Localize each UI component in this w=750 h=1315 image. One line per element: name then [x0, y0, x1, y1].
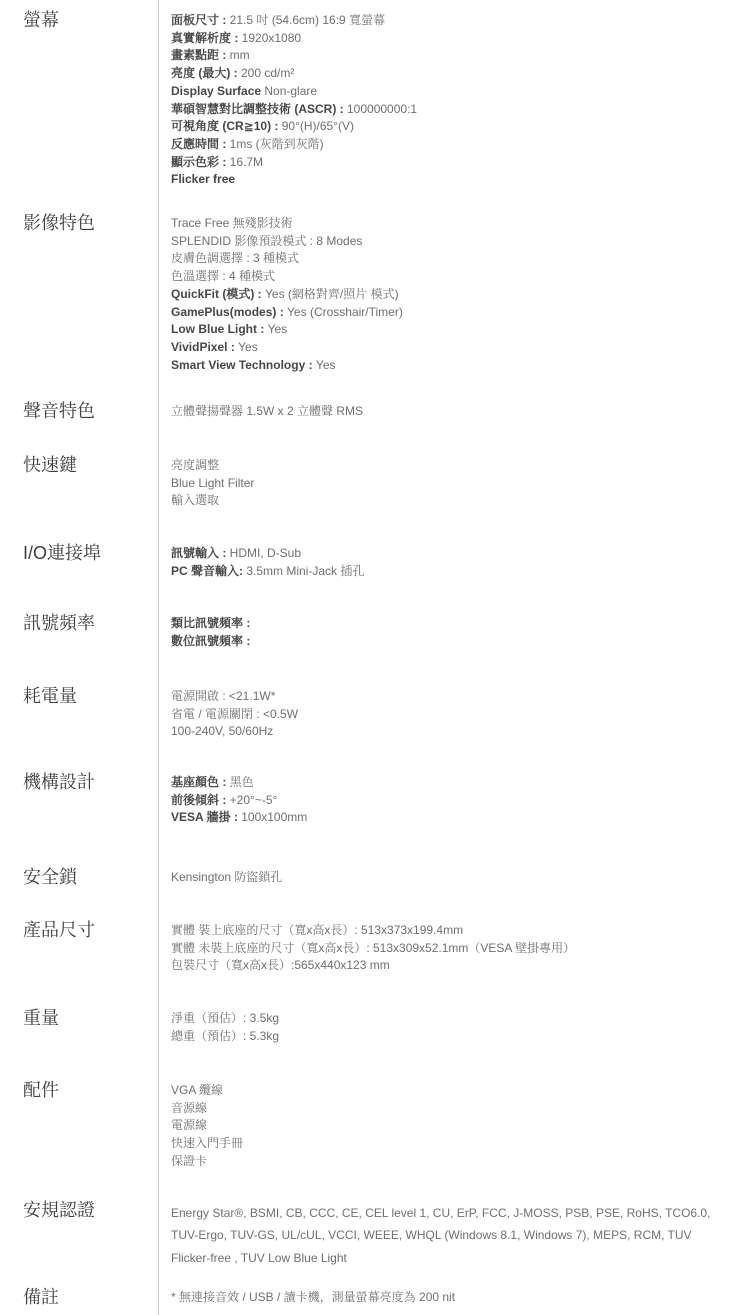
spec-row: 聲音特色立體聲揚聲器 1.5W x 2 立體聲 RMS	[0, 401, 750, 455]
spec-line-value: 100x100mm	[241, 810, 307, 824]
spec-line-label: Flicker free	[171, 172, 235, 186]
spec-section-content: 面板尺寸 : 21.5 吋 (54.6cm) 16:9 寬螢幕真實解析度 : 1…	[158, 10, 724, 189]
spec-line: 電源開啟 : <21.1W*	[171, 688, 724, 706]
spec-section-label: I/O連接埠	[0, 543, 158, 564]
spec-line-value: 立體聲揚聲器 1.5W x 2 立體聲 RMS	[171, 404, 363, 418]
spec-line: Smart View Technology : Yes	[171, 357, 724, 375]
spec-line: QuickFit (模式) : Yes (網格對齊/照片 模式)	[171, 286, 724, 304]
spec-section-content: 基座顏色 : 黑色前後傾斜 : +20°~-5°VESA 牆掛 : 100x10…	[158, 772, 724, 827]
spec-row: 螢幕面板尺寸 : 21.5 吋 (54.6cm) 16:9 寬螢幕真實解析度 :…	[0, 10, 750, 213]
spec-line-value: 電源線	[171, 1118, 207, 1132]
spec-line-value: 輸入選取	[171, 493, 219, 507]
spec-line: 類比訊號頻率 :	[171, 615, 724, 633]
spec-line-value: 3.5mm Mini-Jack 插孔	[246, 564, 364, 578]
spec-line: 保證卡	[171, 1153, 724, 1171]
spec-line-value: 淨重（預估）: 3.5kg	[171, 1011, 279, 1025]
spec-section-label: 聲音特色	[0, 401, 158, 422]
spec-line: Flicker free	[171, 171, 724, 189]
spec-line-value: 16.7M	[230, 155, 263, 169]
spec-line: 真實解析度 : 1920x1080	[171, 30, 724, 48]
spec-row: 影像特色Trace Free 無殘影技術SPLENDID 影像預設模式 : 8 …	[0, 213, 750, 401]
spec-line: Energy Star®, BSMI, CB, CCC, CE, CEL lev…	[171, 1202, 718, 1269]
spec-line-label: 亮度 (最大) :	[171, 66, 241, 80]
spec-line-value: 黑色	[230, 775, 254, 789]
spec-line-value: 1ms (灰階到灰階)	[230, 137, 324, 151]
spec-section-content: 電源開啟 : <21.1W*省電 / 電源關閉 : <0.5W100-240V,…	[158, 686, 724, 741]
spec-line-label: 面板尺寸 :	[171, 13, 230, 27]
spec-line-value: Yes (網格對齊/照片 模式)	[265, 287, 399, 301]
spec-row: 產品尺寸實體 裝上底座的尺寸（寬x高x長）: 513x373x199.4mm實體…	[0, 920, 750, 1008]
spec-line: 可視角度 (CR≧10) : 90°(H)/65°(V)	[171, 118, 724, 136]
spec-row: 安規認證Energy Star®, BSMI, CB, CCC, CE, CEL…	[0, 1200, 750, 1287]
spec-section-content: VGA 纜線音源線電源線快速入門手冊保證卡	[158, 1080, 724, 1171]
spec-line: Low Blue Light : Yes	[171, 321, 724, 339]
spec-line: 數位訊號頻率 :	[171, 633, 724, 651]
spec-row: 配件VGA 纜線音源線電源線快速入門手冊保證卡	[0, 1080, 750, 1200]
spec-section-content: Trace Free 無殘影技術SPLENDID 影像預設模式 : 8 Mode…	[158, 213, 724, 374]
spec-line-value: 省電 / 電源關閉 : <0.5W	[171, 707, 298, 721]
spec-line-value: 包裝尺寸（寬x高x長）:565x440x123 mm	[171, 958, 390, 972]
spec-line-value: 實體 裝上底座的尺寸（寬x高x長）: 513x373x199.4mm	[171, 923, 463, 937]
spec-line-value: Yes	[268, 322, 288, 336]
spec-line-value: 色溫選擇 : 4 種模式	[171, 269, 275, 283]
spec-section-label: 影像特色	[0, 213, 158, 234]
spec-line-label: PC 聲音輸入:	[171, 564, 246, 578]
spec-line: 輸入選取	[171, 492, 724, 510]
spec-row: 備註* 無連接音效 / USB / 讀卡機，測量螢幕亮度為 200 nit	[0, 1287, 750, 1315]
spec-line-value: mm	[230, 48, 250, 62]
spec-line-label: 基座顏色 :	[171, 775, 230, 789]
spec-line: VividPixel : Yes	[171, 339, 724, 357]
spec-line: VESA 牆掛 : 100x100mm	[171, 809, 724, 827]
spec-section-label: 螢幕	[0, 10, 158, 31]
spec-section-content: Kensington 防盜鎖孔	[158, 867, 724, 887]
spec-line-value: Yes	[316, 358, 336, 372]
spec-line: 省電 / 電源關閉 : <0.5W	[171, 706, 724, 724]
spec-line-label: 類比訊號頻率 :	[171, 616, 250, 630]
spec-line-value: Non-glare	[264, 84, 317, 98]
spec-line: 前後傾斜 : +20°~-5°	[171, 792, 724, 810]
spec-row: 快速鍵亮度調整Blue Light Filter輸入選取	[0, 455, 750, 543]
spec-line-value: SPLENDID 影像預設模式 : 8 Modes	[171, 234, 362, 248]
spec-line-label: 真實解析度 :	[171, 31, 242, 45]
spec-section-label: 配件	[0, 1080, 158, 1101]
spec-page: 螢幕面板尺寸 : 21.5 吋 (54.6cm) 16:9 寬螢幕真實解析度 :…	[0, 0, 750, 1315]
spec-line-value: 1920x1080	[242, 31, 301, 45]
spec-line: 基座顏色 : 黑色	[171, 774, 724, 792]
spec-line: Blue Light Filter	[171, 475, 724, 493]
spec-line: 華碩智慧對比調整技術 (ASCR) : 100000000:1	[171, 101, 724, 119]
spec-line: 亮度調整	[171, 457, 724, 475]
spec-section-content: 亮度調整Blue Light Filter輸入選取	[158, 455, 724, 510]
spec-line-label: 顯示色彩 :	[171, 155, 230, 169]
spec-line-value: 電源開啟 : <21.1W*	[171, 689, 275, 703]
spec-line: 反應時間 : 1ms (灰階到灰階)	[171, 136, 724, 154]
spec-line: 立體聲揚聲器 1.5W x 2 立體聲 RMS	[171, 403, 724, 421]
spec-line-value: 總重（預估）: 5.3kg	[171, 1029, 279, 1043]
spec-line: 皮膚色調選擇 : 3 種模式	[171, 250, 724, 268]
spec-line-value: Trace Free 無殘影技術	[171, 216, 293, 230]
spec-line: 快速入門手冊	[171, 1135, 724, 1153]
spec-section-label: 訊號頻率	[0, 613, 158, 634]
spec-line: Trace Free 無殘影技術	[171, 215, 724, 233]
spec-section-content: 淨重（預估）: 3.5kg總重（預估）: 5.3kg	[158, 1008, 724, 1045]
spec-line-value: VGA 纜線	[171, 1083, 223, 1097]
spec-row: 耗電量電源開啟 : <21.1W*省電 / 電源關閉 : <0.5W100-24…	[0, 686, 750, 772]
spec-table: 螢幕面板尺寸 : 21.5 吋 (54.6cm) 16:9 寬螢幕真實解析度 :…	[0, 10, 750, 1315]
spec-line-label: VESA 牆掛 :	[171, 810, 241, 824]
spec-line: * 無連接音效 / USB / 讀卡機，測量螢幕亮度為 200 nit	[171, 1289, 724, 1307]
spec-line-label: 訊號輸入 :	[171, 546, 230, 560]
spec-line-value: +20°~-5°	[230, 793, 278, 807]
spec-section-label: 耗電量	[0, 686, 158, 707]
spec-line-value: 21.5 吋 (54.6cm) 16:9 寬螢幕	[230, 13, 385, 27]
spec-line: 顯示色彩 : 16.7M	[171, 154, 724, 172]
spec-section-label: 重量	[0, 1008, 158, 1029]
spec-line-value: Yes (Crosshair/Timer)	[287, 305, 403, 319]
spec-line-value: Energy Star®, BSMI, CB, CCC, CE, CEL lev…	[171, 1206, 710, 1265]
spec-line-value: 100-240V, 50/60Hz	[171, 724, 273, 738]
spec-section-label: 產品尺寸	[0, 920, 158, 941]
spec-section-label: 安全鎖	[0, 867, 158, 888]
spec-line-value: 亮度調整	[171, 458, 219, 472]
spec-line: 電源線	[171, 1117, 724, 1135]
spec-line: Display Surface Non-glare	[171, 83, 724, 101]
spec-line-value: Yes	[238, 340, 258, 354]
spec-line-value: 音源線	[171, 1101, 207, 1115]
spec-line-label: 可視角度 (CR≧10) :	[171, 119, 282, 133]
spec-line: 100-240V, 50/60Hz	[171, 723, 724, 741]
spec-line: SPLENDID 影像預設模式 : 8 Modes	[171, 233, 724, 251]
spec-line: VGA 纜線	[171, 1082, 724, 1100]
spec-line-value: 100000000:1	[347, 102, 417, 116]
spec-section-label: 機構設計	[0, 772, 158, 793]
spec-line-label: Display Surface	[171, 84, 264, 98]
spec-line-label: Smart View Technology :	[171, 358, 316, 372]
spec-line-value: Blue Light Filter	[171, 476, 254, 490]
spec-line-value: 皮膚色調選擇 : 3 種模式	[171, 251, 299, 265]
spec-line: 實體 裝上底座的尺寸（寬x高x長）: 513x373x199.4mm	[171, 922, 724, 940]
spec-line: 實體 未裝上底座的尺寸（寬x高x長）: 513x309x52.1mm（VESA …	[171, 940, 724, 958]
spec-line: 音源線	[171, 1100, 724, 1118]
spec-line-label: 前後傾斜 :	[171, 793, 230, 807]
spec-row: I/O連接埠訊號輸入 : HDMI, D-SubPC 聲音輸入: 3.5mm M…	[0, 543, 750, 613]
spec-line: 面板尺寸 : 21.5 吋 (54.6cm) 16:9 寬螢幕	[171, 12, 724, 30]
spec-line-value: Kensington 防盜鎖孔	[171, 870, 282, 884]
spec-line-value: HDMI, D-Sub	[230, 546, 301, 560]
spec-line: 色溫選擇 : 4 種模式	[171, 268, 724, 286]
spec-line: Kensington 防盜鎖孔	[171, 869, 724, 887]
spec-line: 亮度 (最大) : 200 cd/m²	[171, 65, 724, 83]
spec-line: 訊號輸入 : HDMI, D-Sub	[171, 545, 724, 563]
spec-line-value: 快速入門手冊	[171, 1136, 243, 1150]
spec-line: 包裝尺寸（寬x高x長）:565x440x123 mm	[171, 957, 724, 975]
spec-line: 總重（預估）: 5.3kg	[171, 1028, 724, 1046]
spec-section-content: 立體聲揚聲器 1.5W x 2 立體聲 RMS	[158, 401, 724, 421]
spec-row: 重量淨重（預估）: 3.5kg總重（預估）: 5.3kg	[0, 1008, 750, 1080]
spec-section-content: * 無連接音效 / USB / 讀卡機，測量螢幕亮度為 200 nit	[158, 1287, 724, 1307]
spec-line-label: 華碩智慧對比調整技術 (ASCR) :	[171, 102, 347, 116]
spec-row: 安全鎖Kensington 防盜鎖孔	[0, 867, 750, 920]
spec-line-value: 保證卡	[171, 1154, 207, 1168]
spec-section-label: 快速鍵	[0, 455, 158, 476]
spec-line-value: * 無連接音效 / USB / 讀卡機，測量螢幕亮度為 200 nit	[171, 1290, 455, 1304]
spec-line: GamePlus(modes) : Yes (Crosshair/Timer)	[171, 304, 724, 322]
spec-section-content: Energy Star®, BSMI, CB, CCC, CE, CEL lev…	[158, 1200, 718, 1269]
spec-line: 淨重（預估）: 3.5kg	[171, 1010, 724, 1028]
spec-line-label: 數位訊號頻率 :	[171, 634, 250, 648]
spec-section-content: 類比訊號頻率 :數位訊號頻率 :	[158, 613, 724, 650]
spec-line-label: 反應時間 :	[171, 137, 230, 151]
spec-line-label: 畫素點距 :	[171, 48, 230, 62]
spec-line: 畫素點距 : mm	[171, 47, 724, 65]
spec-row: 機構設計基座顏色 : 黑色前後傾斜 : +20°~-5°VESA 牆掛 : 10…	[0, 772, 750, 867]
spec-section-label: 安規認證	[0, 1200, 158, 1221]
spec-line-value: 90°(H)/65°(V)	[282, 119, 354, 133]
spec-section-content: 訊號輸入 : HDMI, D-SubPC 聲音輸入: 3.5mm Mini-Ja…	[158, 543, 724, 580]
spec-line-label: VividPixel :	[171, 340, 238, 354]
spec-line-label: Low Blue Light :	[171, 322, 268, 336]
spec-line-value: 200 cd/m²	[241, 66, 294, 80]
spec-section-content: 實體 裝上底座的尺寸（寬x高x長）: 513x373x199.4mm實體 未裝上…	[158, 920, 724, 975]
spec-line-label: GamePlus(modes) :	[171, 305, 287, 319]
spec-line-value: 實體 未裝上底座的尺寸（寬x高x長）: 513x309x52.1mm（VESA …	[171, 941, 575, 955]
spec-line: PC 聲音輸入: 3.5mm Mini-Jack 插孔	[171, 563, 724, 581]
spec-section-label: 備註	[0, 1287, 158, 1308]
spec-row: 訊號頻率類比訊號頻率 :數位訊號頻率 :	[0, 613, 750, 686]
spec-line-label: QuickFit (模式) :	[171, 287, 265, 301]
